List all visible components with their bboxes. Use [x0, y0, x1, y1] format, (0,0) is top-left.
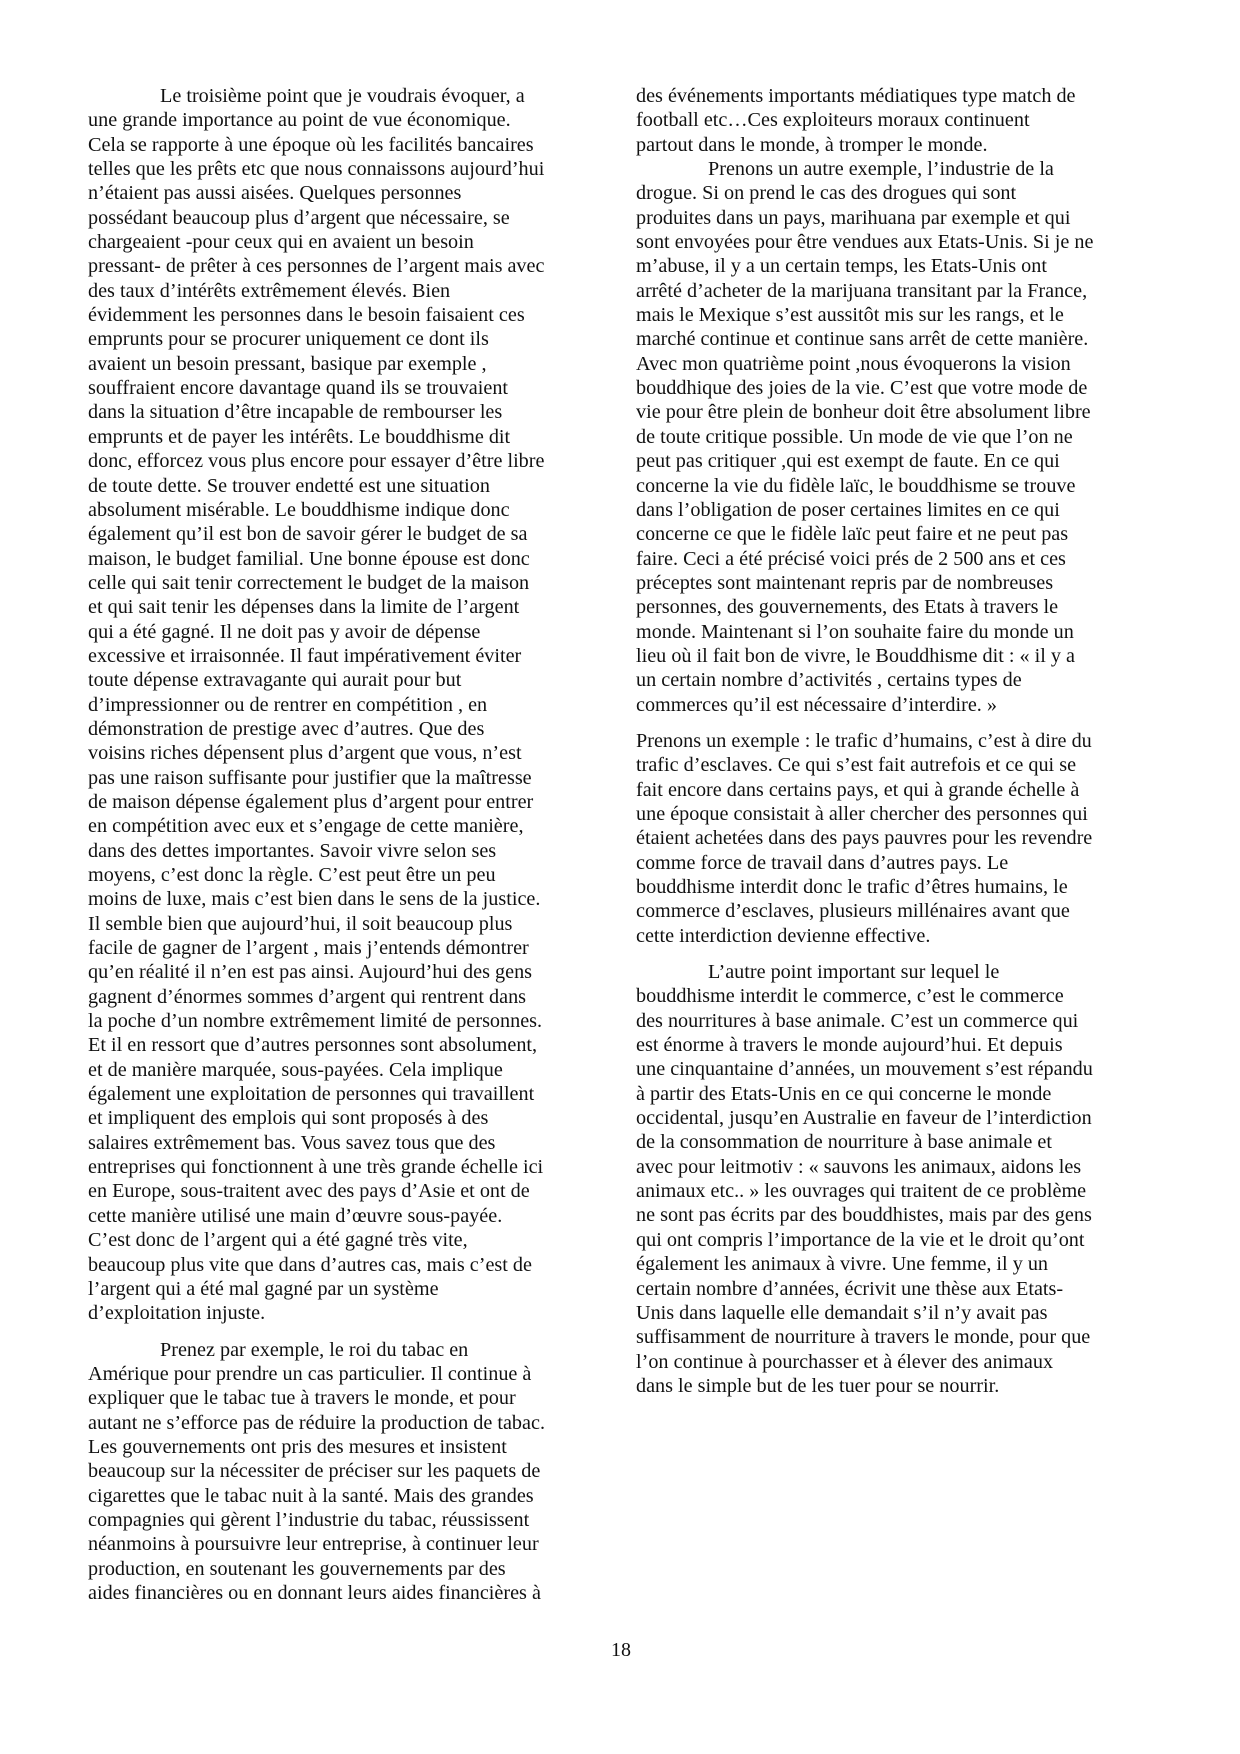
- paragraph-human-trafficking: Prenons un exemple : le trafic d’humains…: [636, 729, 1156, 948]
- text-line: étaient achetées dans des pays pauvres p…: [636, 826, 1156, 850]
- paragraph-drug-industry: Prenons un autre exemple, l’industrie de…: [636, 157, 1156, 717]
- text-line: certain nombre d’années, écrivit une thè…: [636, 1277, 1156, 1301]
- text-line: la poche d’un nombre extrêmement limité …: [88, 1009, 610, 1033]
- text-line: suffisamment de nourriture à travers le …: [636, 1325, 1156, 1349]
- text-line: faire. Ceci a été précisé voici prés de …: [636, 547, 1156, 571]
- text-line: également qu’il est bon de savoir gérer …: [88, 522, 610, 546]
- paragraph-debt-and-budget: Le troisième point que je voudrais évoqu…: [88, 84, 610, 1326]
- text-line: bouddhisme interdit le commerce, c’est l…: [636, 984, 1156, 1008]
- text-line: comme force de travail dans d’autres pay…: [636, 851, 1156, 875]
- text-line: une époque consistait à aller chercher d…: [636, 802, 1156, 826]
- text-line: gagnent d’énormes sommes d’argent qui re…: [88, 985, 610, 1009]
- text-line: d’exploitation injuste.: [88, 1301, 610, 1325]
- text-line: Cela se rapporte à une époque où les fac…: [88, 133, 610, 157]
- text-line: bouddhisme interdit donc le trafic d’êtr…: [636, 875, 1156, 899]
- text-line: salaires extrêmement bas. Vous savez tou…: [88, 1131, 610, 1155]
- text-line: vie pour être plein de bonheur doit être…: [636, 400, 1156, 424]
- text-line: une cinquantaine d’années, un mouvement …: [636, 1057, 1156, 1081]
- text-line: maison, le budget familial. Une bonne ép…: [88, 547, 610, 571]
- text-line: cigarettes que le tabac nuit à la santé.…: [88, 1484, 610, 1508]
- text-line: à partir des Etats-Unis en ce qui concer…: [636, 1082, 1156, 1106]
- text-line: néanmoins à poursuivre leur entreprise, …: [88, 1532, 610, 1556]
- text-line: dans l’obligation de poser certaines lim…: [636, 498, 1156, 522]
- text-line: moins de luxe, mais c’est bien dans le s…: [88, 887, 610, 911]
- text-line: avec pour leitmotiv : « sauvons les anim…: [636, 1155, 1156, 1179]
- text-line: emprunts pour se procurer uniquement ce …: [88, 327, 610, 351]
- paragraph-animal-food-trade: L’autre point important sur lequel le bo…: [636, 960, 1156, 1398]
- text-line: de toute dette. Se trouver endetté est u…: [88, 474, 610, 498]
- text-line: Amérique pour prendre un cas particulier…: [88, 1362, 610, 1386]
- text-line: mais le Mexique s’est aussitôt mis sur l…: [636, 303, 1156, 327]
- text-line: également les animaux à vivre. Une femme…: [636, 1252, 1156, 1276]
- text-line: Les gouvernements ont pris des mesures e…: [88, 1435, 610, 1459]
- text-line: en compétition avec eux et s’engage de c…: [88, 814, 610, 838]
- text-line: ne sont pas écrits par des bouddhistes, …: [636, 1203, 1156, 1227]
- paragraph-spacing: [88, 1326, 610, 1338]
- text-line: de toute critique possible. Un mode de v…: [636, 425, 1156, 449]
- text-line: et de manière marquée, sous-payées. Cela…: [88, 1058, 610, 1082]
- text-line: évidemment les personnes dans le besoin …: [88, 303, 610, 327]
- text-line: n’étaient pas aussi aisées. Quelques per…: [88, 181, 610, 205]
- text-line: bouddhique des joies de la vie. C’est qu…: [636, 376, 1156, 400]
- text-line: dans des dettes importantes. Savoir vivr…: [88, 839, 610, 863]
- text-line: celle qui sait tenir correctement le bud…: [88, 571, 610, 595]
- text-line: beaucoup plus vite que dans d’autres cas…: [88, 1253, 610, 1277]
- text-line: commerce d’esclaves, plusieurs millénair…: [636, 899, 1156, 923]
- text-line: dans la situation d’être incapable de re…: [88, 400, 610, 424]
- text-line: toute dépense extravagante qui aurait po…: [88, 668, 610, 692]
- text-line: de la consommation de nourriture à base …: [636, 1130, 1156, 1154]
- text-line: personnes, des gouvernements, des Etats …: [636, 595, 1156, 619]
- text-line: entreprises qui fonctionnent à une très …: [88, 1155, 610, 1179]
- text-line: football etc…Ces exploiteurs moraux cont…: [636, 108, 1156, 132]
- text-line: des nourritures à base animale. C’est un…: [636, 1009, 1156, 1033]
- text-line: commerces qu’il est nécessaire d’interdi…: [636, 693, 1156, 717]
- text-line: avaient un besoin pressant, basique par …: [88, 352, 610, 376]
- page-number: 18: [611, 1638, 631, 1662]
- text-line: trafic d’esclaves. Ce qui s’est fait aut…: [636, 753, 1156, 777]
- text-line: produites dans un pays, marihuana par ex…: [636, 206, 1156, 230]
- text-line: drogue. Si on prend le cas des drogues q…: [636, 181, 1156, 205]
- text-line: démonstration de prestige avec d’autres.…: [88, 717, 610, 741]
- text-line: et impliquent des emplois qui sont propo…: [88, 1106, 610, 1130]
- text-line: qui a été gagné. Il ne doit pas y avoir …: [88, 620, 610, 644]
- text-line: voisins riches dépensent plus d’argent q…: [88, 741, 610, 765]
- right-column: des événements importants médiatiques ty…: [636, 84, 1156, 1398]
- text-line: souffraient encore davantage quand ils s…: [88, 376, 610, 400]
- text-line: moyens, c’est donc la règle. C’est peut …: [88, 863, 610, 887]
- text-line: marché continue et continue sans arrêt d…: [636, 327, 1156, 351]
- text-line: en Europe, sous-traitent avec des pays d…: [88, 1179, 610, 1203]
- text-line: monde. Maintenant si l’on souhaite faire…: [636, 620, 1156, 644]
- document-page: Le troisième point que je voudrais évoqu…: [0, 0, 1240, 1754]
- text-line: production, en soutenant les gouvernemen…: [88, 1557, 610, 1581]
- text-line: emprunts et de payer les intérêts. Le bo…: [88, 425, 610, 449]
- text-line: beaucoup sur la nécessiter de préciser s…: [88, 1459, 610, 1483]
- text-line: animaux etc.. » les ouvrages qui traiten…: [636, 1179, 1156, 1203]
- text-line: aides financières ou en donnant leurs ai…: [88, 1581, 610, 1605]
- text-line: chargeaient -pour ceux qui en avaient un…: [88, 230, 610, 254]
- text-line: Prenons un exemple : le trafic d’humains…: [636, 729, 1156, 753]
- text-line: peut pas critiquer ,qui est exempt de fa…: [636, 449, 1156, 473]
- text-line: lieu où il fait bon de vivre, le Bouddhi…: [636, 644, 1156, 668]
- paragraph-spacing: [636, 948, 1156, 960]
- text-line: Prenez par exemple, le roi du tabac en: [88, 1338, 610, 1362]
- text-line: Le troisième point que je voudrais évoqu…: [88, 84, 610, 108]
- text-line: absolument misérable. Le bouddhisme indi…: [88, 498, 610, 522]
- text-line: expliquer que le tabac tue à travers le …: [88, 1386, 610, 1410]
- text-line: sont envoyées pour être vendues aux Etat…: [636, 230, 1156, 254]
- text-line: Unis dans laquelle elle demandait s’il n…: [636, 1301, 1156, 1325]
- text-line: occidental, jusqu’en Australie en faveur…: [636, 1106, 1156, 1130]
- text-line: autant ne s’efforce pas de réduire la pr…: [88, 1411, 610, 1435]
- text-line: des événements importants médiatiques ty…: [636, 84, 1156, 108]
- text-line: Et il en ressort que d’autres personnes …: [88, 1033, 610, 1057]
- text-line: cette manière utilisé une main d’œuvre s…: [88, 1204, 610, 1228]
- text-line: C’est donc de l’argent qui a été gagné t…: [88, 1228, 610, 1252]
- text-line: m’abuse, il y a un certain temps, les Et…: [636, 254, 1156, 278]
- left-column: Le troisième point que je voudrais évoqu…: [88, 84, 610, 1605]
- text-line: préceptes sont maintenant repris par de …: [636, 571, 1156, 595]
- text-line: Prenons un autre exemple, l’industrie de…: [636, 157, 1156, 181]
- text-line: d’impressionner ou de rentrer en compéti…: [88, 693, 610, 717]
- text-line: compagnies qui gèrent l’industrie du tab…: [88, 1508, 610, 1532]
- paragraph-media-events: des événements importants médiatiques ty…: [636, 84, 1156, 157]
- paragraph-spacing: [636, 717, 1156, 729]
- text-line: est énorme à travers le monde aujourd’hu…: [636, 1033, 1156, 1057]
- text-line: Avec mon quatrième point ,nous évoqueron…: [636, 352, 1156, 376]
- text-line: L’autre point important sur lequel le: [636, 960, 1156, 984]
- text-line: qui ont compris l’importance de la vie e…: [636, 1228, 1156, 1252]
- text-line: excessive et irraisonnée. Il faut impéra…: [88, 644, 610, 668]
- text-line: l’argent qui a été mal gagné par un syst…: [88, 1277, 610, 1301]
- text-line: cette interdiction devienne effective.: [636, 924, 1156, 948]
- text-line: également une exploitation de personnes …: [88, 1082, 610, 1106]
- text-line: facile de gagner de l’argent , mais j’en…: [88, 936, 610, 960]
- text-line: une grande importance au point de vue éc…: [88, 108, 610, 132]
- text-line: concerne ce que le fidèle laïc peut fair…: [636, 522, 1156, 546]
- text-line: et qui sait tenir les dépenses dans la l…: [88, 595, 610, 619]
- text-line: Il semble bien que aujourd’hui, il soit …: [88, 912, 610, 936]
- text-line: dans le simple but de les tuer pour se n…: [636, 1374, 1156, 1398]
- text-line: l’on continue à pourchasser et à élever …: [636, 1350, 1156, 1374]
- text-line: telles que les prêts etc que nous connai…: [88, 157, 610, 181]
- text-line: des taux d’intérêts extrêmement élevés. …: [88, 279, 610, 303]
- text-line: arrêté d’acheter de la marijuana transit…: [636, 279, 1156, 303]
- text-line: de maison dépense également plus d’argen…: [88, 790, 610, 814]
- text-line: pas une raison suffisante pour justifier…: [88, 766, 610, 790]
- text-line: partout dans le monde, à tromper le mond…: [636, 133, 1156, 157]
- paragraph-tobacco: Prenez par exemple, le roi du tabac en A…: [88, 1338, 610, 1606]
- text-line: concerne la vie du fidèle laïc, le boudd…: [636, 474, 1156, 498]
- text-line: fait encore dans certains pays, et qui à…: [636, 778, 1156, 802]
- text-line: possédant beaucoup plus d’argent que néc…: [88, 206, 610, 230]
- text-line: un certain nombre d’activités , certains…: [636, 668, 1156, 692]
- text-line: qu’en réalité il n’en est pas ainsi. Auj…: [88, 960, 610, 984]
- text-line: donc, efforcez vous plus encore pour ess…: [88, 449, 610, 473]
- text-line: pressant- de prêter à ces personnes de l…: [88, 254, 610, 278]
